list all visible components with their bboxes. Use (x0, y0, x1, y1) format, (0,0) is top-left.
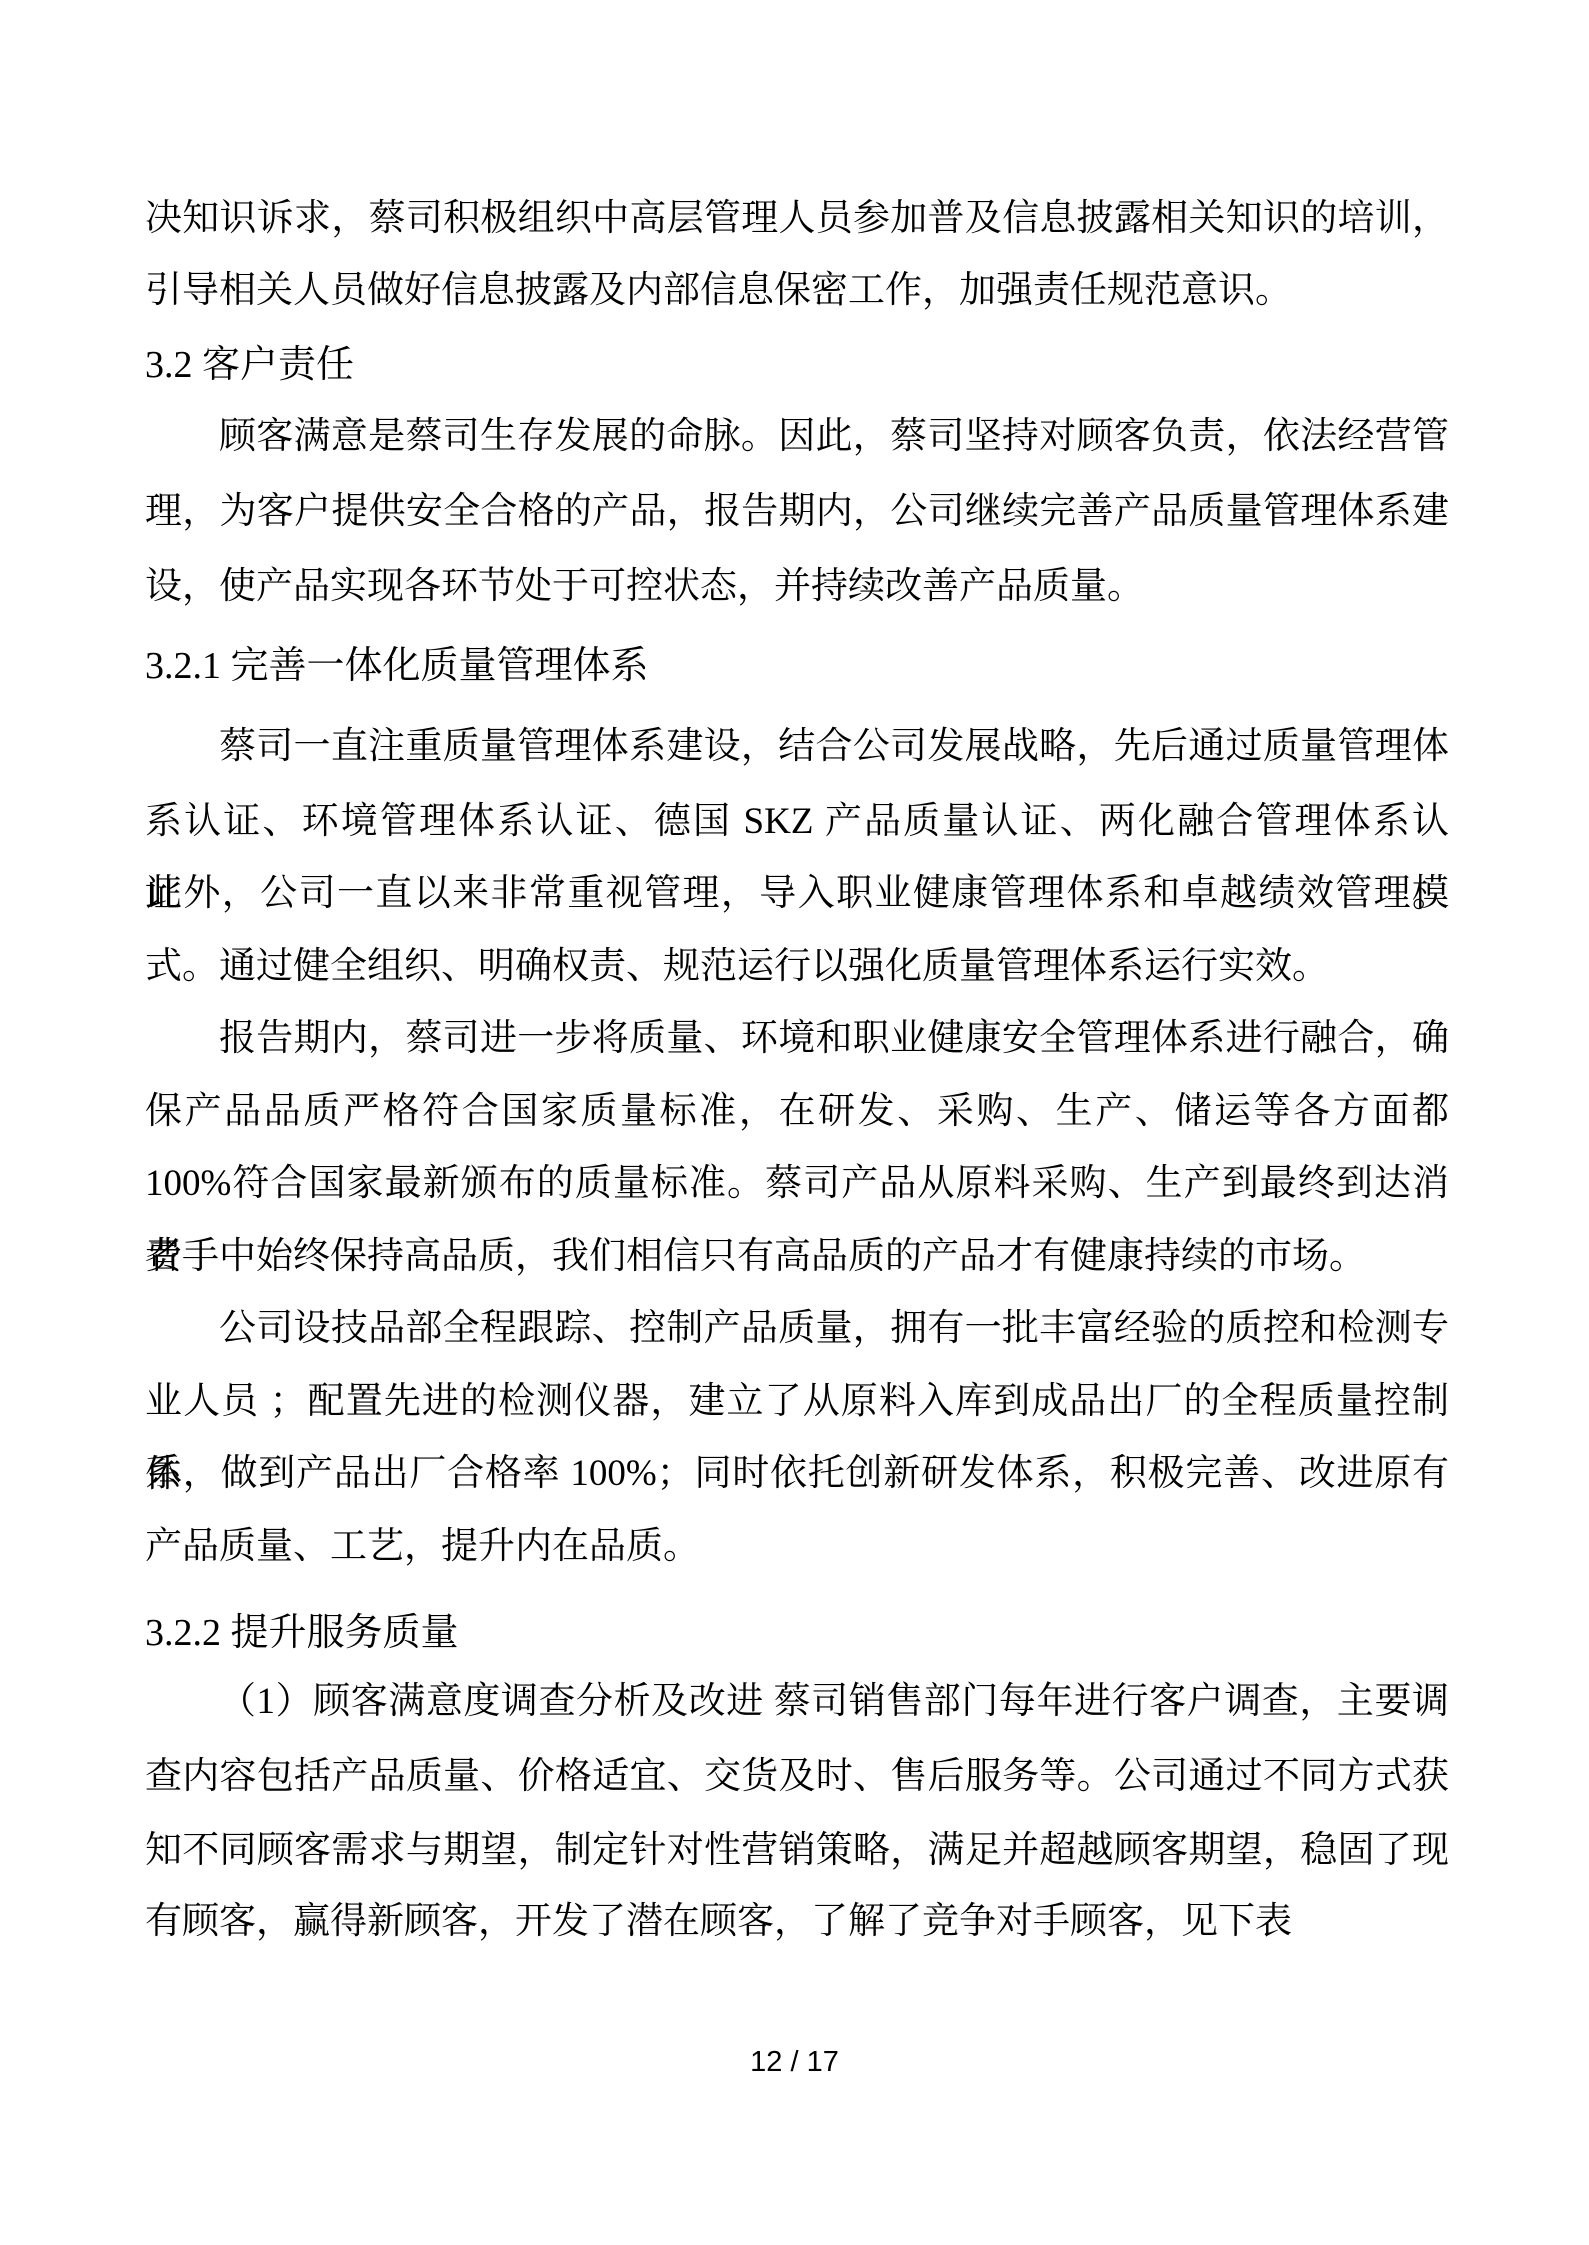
body-text-line: （1）顾客满意度调查分析及改进 蔡司销售部门每年进行客户调查，主要调 (145, 1665, 1449, 1738)
body-text-line: 式。通过健全组织、明确权责、规范运行以强化质量管理体系运行实效。 (145, 930, 1449, 1003)
body-text-line: 产品质量、工艺，提升内在品质。 (145, 1510, 1449, 1583)
body-text-line: 系，做到产品出厂合格率 100%；同时依托创新研发体系，积极完善、改进原有 (145, 1437, 1449, 1510)
body-text-line: 设，使产品实现各环节处于可控状态，并持续改善产品质量。 (145, 550, 1449, 623)
body-text-line: 引导相关人员做好信息披露及内部信息保密工作，加强责任规范意识。 (145, 254, 1449, 327)
heading-3-2-1: 3.2.1 完善一体化质量管理体系 (145, 630, 1449, 703)
body-text-line: 者手中始终保持高品质，我们相信只有高品质的产品才有健康持续的市场。 (145, 1220, 1449, 1293)
body-text-line: 有顾客，赢得新顾客，开发了潜在顾客，了解了竞争对手顾客，见下表 (145, 1885, 1449, 1958)
body-text-line: 理，为客户提供安全合格的产品，报告期内，公司继续完善产品质量管理体系建 (145, 475, 1449, 548)
body-text-line: 决知识诉求，蔡司积极组织中高层管理人员参加普及信息披露相关知识的培训， (145, 182, 1449, 255)
heading-3-2-2: 3.2.2 提升服务质量 (145, 1597, 1449, 1670)
body-text-line: 顾客满意是蔡司生存发展的命脉。因此，蔡司坚持对顾客负责，依法经营管 (145, 400, 1449, 473)
body-text-line: 查内容包括产品质量、价格适宜、交货及时、售后服务等。公司通过不同方式获 (145, 1740, 1449, 1813)
page-number: 12 / 17 (0, 2040, 1589, 2084)
body-text-line: 报告期内，蔡司进一步将质量、环境和职业健康安全管理体系进行融合，确 (145, 1002, 1449, 1075)
body-text-line: 知不同顾客需求与期望，制定针对性营销策略，满足并超越顾客期望，稳固了现 (145, 1814, 1449, 1887)
body-text-line: 保产品品质严格符合国家质量标准，在研发、采购、生产、储运等各方面都 (145, 1075, 1449, 1148)
heading-3-2: 3.2 客户责任 (145, 329, 1449, 402)
body-text-line: 蔡司一直注重质量管理体系建设，结合公司发展战略，先后通过质量管理体 (145, 710, 1449, 783)
document-page: 决知识诉求，蔡司积极组织中高层管理人员参加普及信息披露相关知识的培训， 引导相关… (0, 0, 1589, 2245)
body-text-line: 公司设技品部全程跟踪、控制产品质量，拥有一批丰富经验的质控和检测专 (145, 1292, 1449, 1365)
body-text-line: 此外，公司一直以来非常重视管理，导入职业健康管理体系和卓越绩效管理模 (145, 857, 1449, 930)
